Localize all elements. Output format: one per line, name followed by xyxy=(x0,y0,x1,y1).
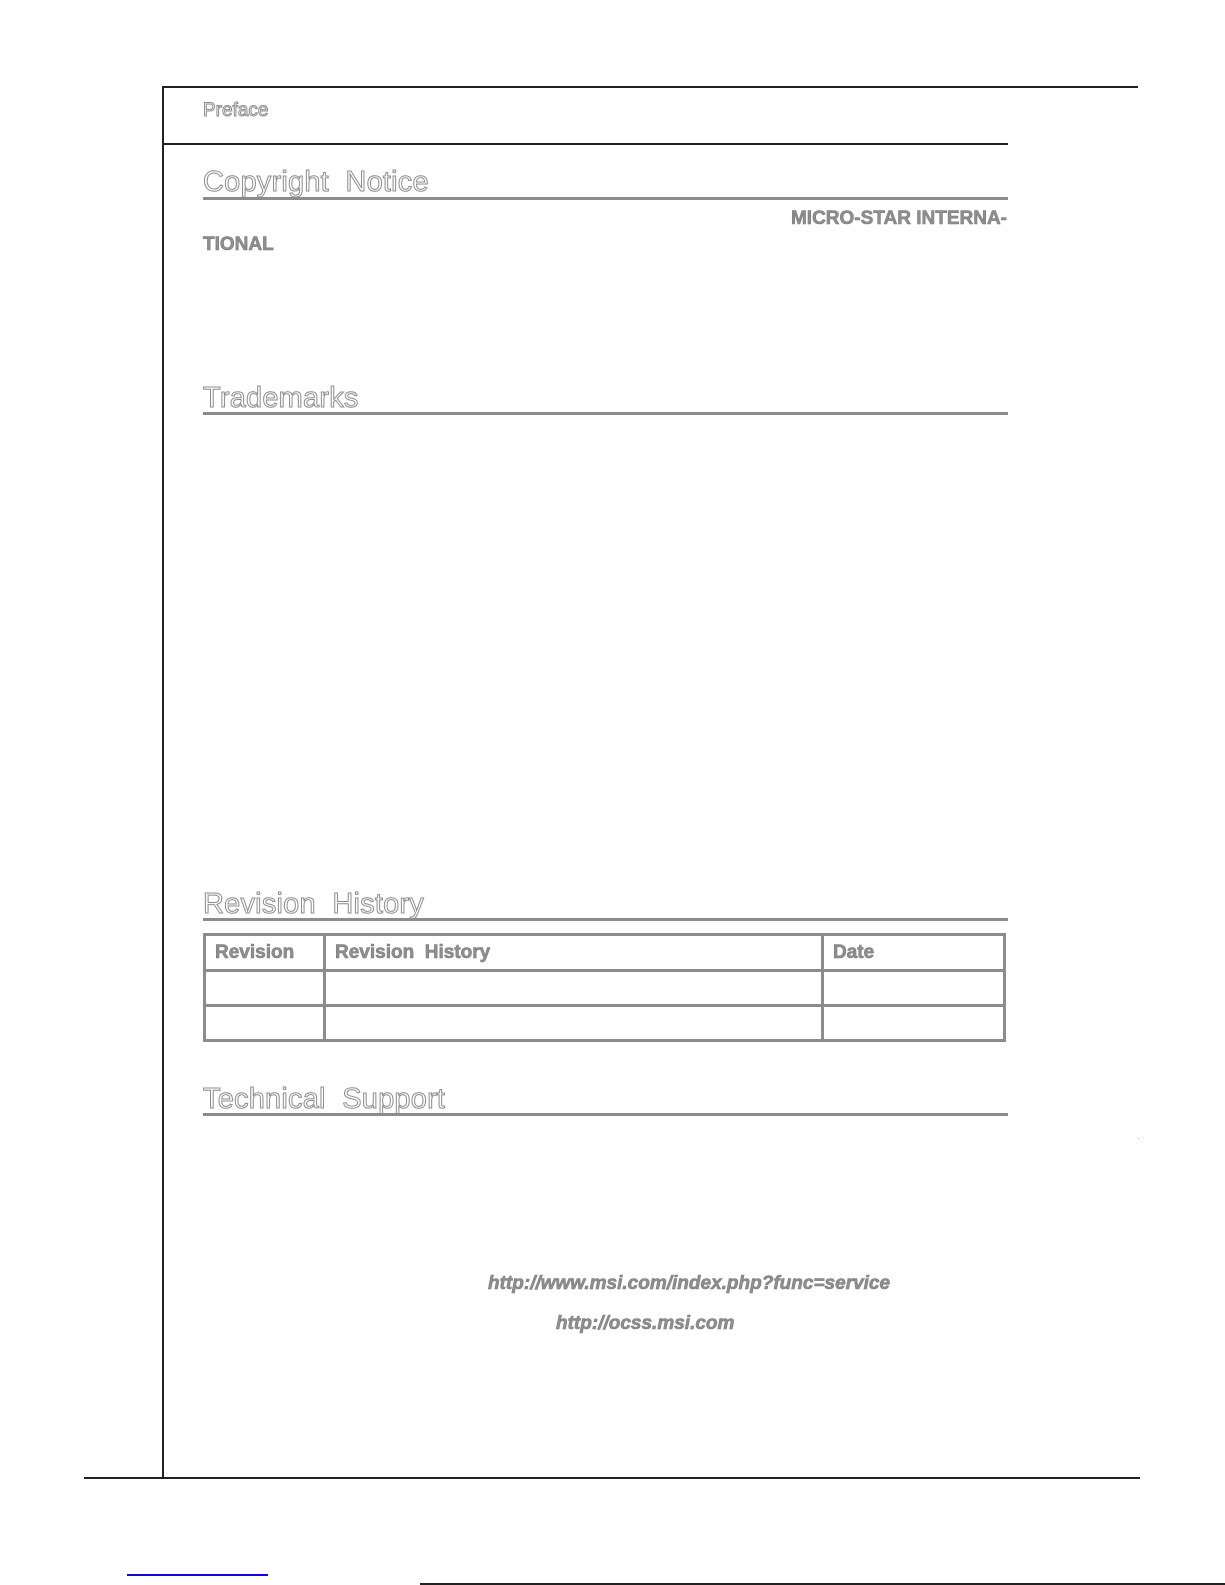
service-link[interactable]: http://www.msi.com/index.php?func=servic… xyxy=(488,1273,890,1295)
cell-revision xyxy=(205,971,325,1006)
cell-date xyxy=(823,971,1005,1006)
revision-history-table: Revision Revision History Date xyxy=(203,933,1006,1042)
table-row xyxy=(205,1006,1005,1041)
page-frame-top xyxy=(162,86,1138,88)
section-title-copyright: Copyright Notice xyxy=(203,166,429,199)
section-rule-revision-history xyxy=(203,918,1008,921)
section-rule-technical-support xyxy=(203,1113,1008,1116)
cell-revision-history xyxy=(325,1006,823,1041)
ocss-link[interactable]: http://ocss.msi.com xyxy=(556,1313,734,1335)
column-header-date: Date xyxy=(823,935,1005,971)
company-name-line-2: TIONAL xyxy=(203,234,274,256)
cell-revision xyxy=(205,1006,325,1041)
section-rule-copyright xyxy=(203,197,1008,200)
section-title-revision-history: Revision History xyxy=(203,888,424,921)
link-underline xyxy=(127,1574,268,1576)
cell-date xyxy=(823,1006,1005,1041)
section-rule-trademarks xyxy=(203,412,1008,415)
table-header-row: Revision Revision History Date xyxy=(205,935,1005,971)
column-header-revision: Revision xyxy=(205,935,325,971)
section-title-trademarks: Trademarks xyxy=(203,382,359,415)
company-name-line-1: MICRO-STAR INTERNA- xyxy=(791,208,1007,230)
section-title-technical-support: Technical Support xyxy=(203,1083,445,1116)
stray-mark xyxy=(1138,1138,1139,1139)
page-frame-left xyxy=(162,86,164,1478)
running-head: Preface xyxy=(203,100,268,122)
header-divider xyxy=(162,143,1008,145)
page-frame-bottom xyxy=(84,1477,1140,1479)
cell-revision-history xyxy=(325,971,823,1006)
table-row xyxy=(205,971,1005,1006)
column-header-revision-history: Revision History xyxy=(325,935,823,971)
